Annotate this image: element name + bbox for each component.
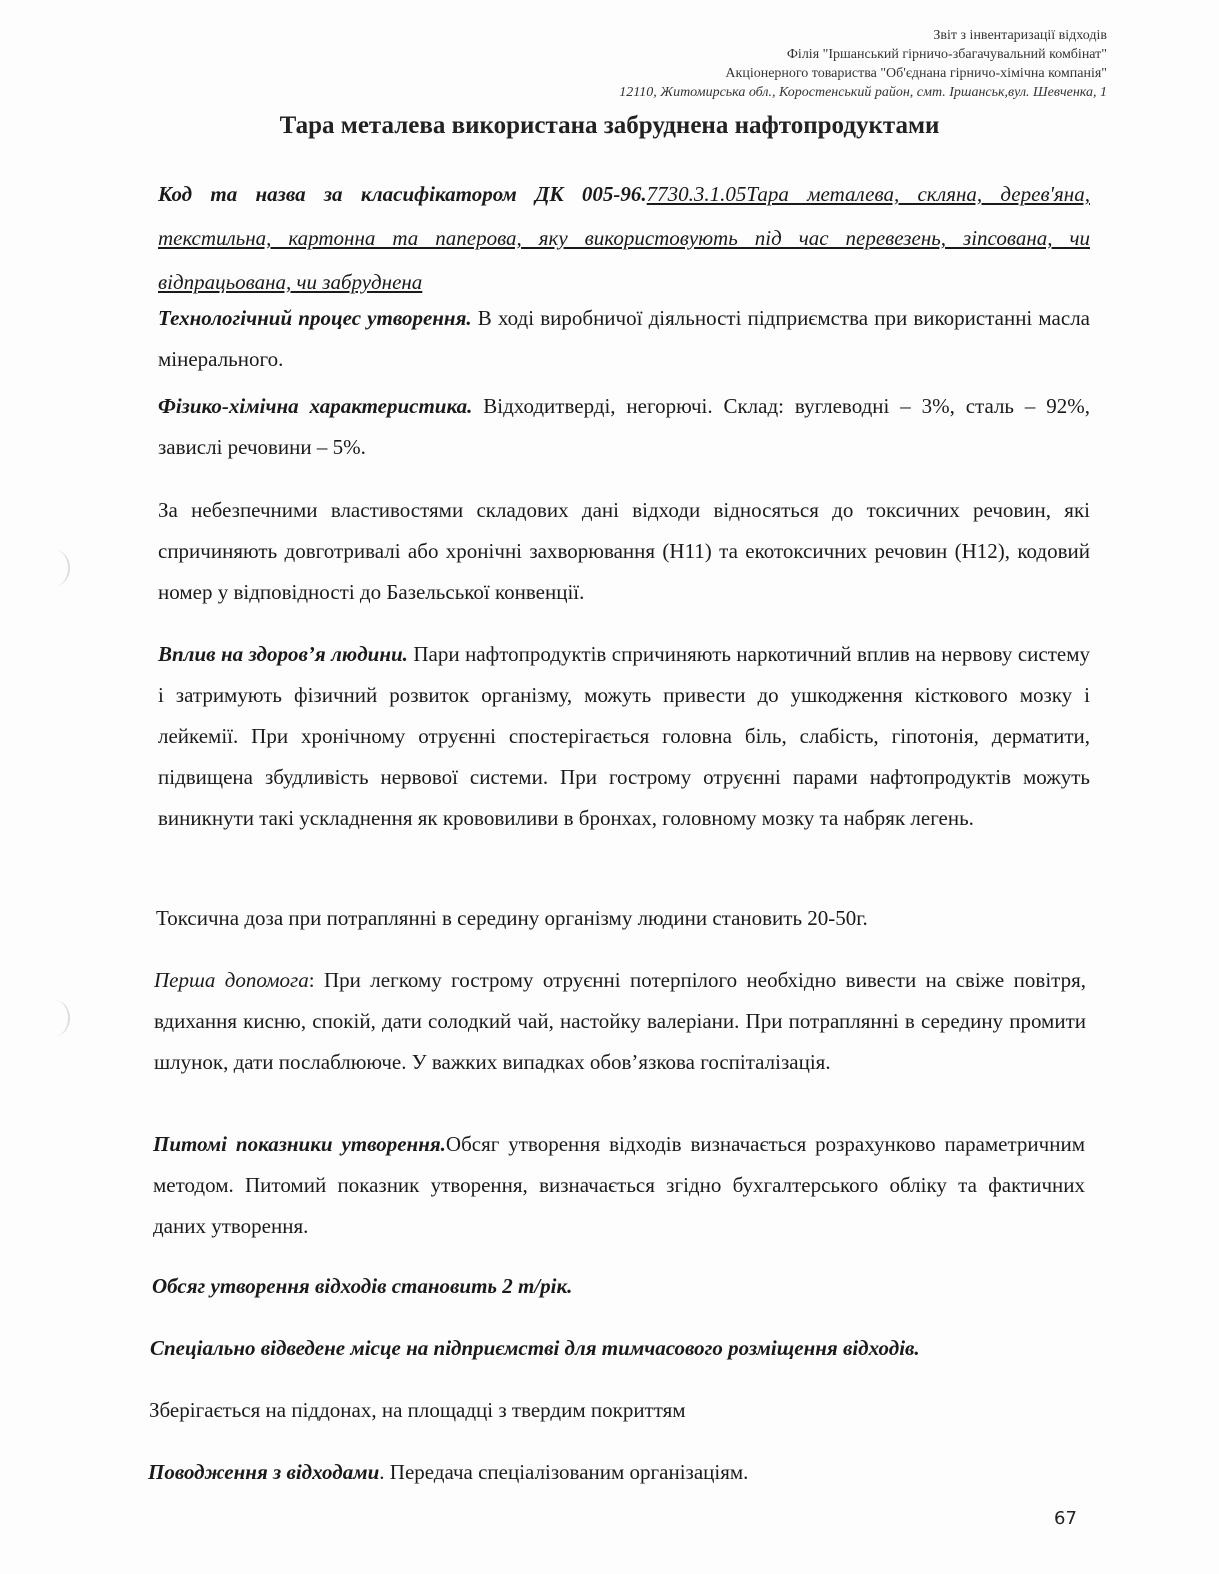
header-line-2: Філія "Іршанський гірничо-збагачувальний… [619, 45, 1107, 64]
handling-label: Поводження з відходами [148, 1460, 379, 1484]
handling-paragraph: Поводження з відходами. Передача спеціал… [148, 1452, 1080, 1493]
header-line-3: Акціонерного товариства "Об'єднана гірни… [619, 64, 1107, 83]
tech-process-label: Технологічний процес утворення. [158, 306, 472, 330]
document-page: Звіт з інвентаризації відходів Філія "Ір… [0, 0, 1219, 1574]
page-title: Тара металева використана забруднена наф… [0, 112, 1219, 140]
report-header: Звіт з інвентаризації відходів Філія "Ір… [619, 26, 1107, 102]
first-aid-paragraph: Перша допомога: При легкому гострому отр… [154, 960, 1086, 1083]
storage-text: Зберігається на піддонах, на площадці з … [149, 1398, 686, 1422]
header-line-1: Звіт з інвентаризації відходів [619, 26, 1107, 45]
physchem-paragraph: Фізико-хімічна характеристика. Відходитв… [158, 386, 1090, 468]
hazard-text: За небезпечними властивостями складових … [158, 498, 1090, 604]
health-label: Вплив на здоров’я людини. [158, 642, 408, 666]
storage-place-paragraph: Спеціально відведене місце на підприємст… [150, 1328, 1082, 1369]
volume-text: Обсяг утворення відходів становить 2 т/р… [152, 1274, 572, 1298]
toxic-dose-text: Токсична доза при потраплянні в середину… [156, 906, 868, 930]
punch-hole-mark [40, 550, 70, 586]
tech-process-paragraph: Технологічний процес утворення. В ході в… [158, 298, 1090, 380]
health-paragraph: Вплив на здоров’я людини. Пари нафтопрод… [158, 634, 1090, 839]
specific-paragraph: Питомі показники утворення.Обсяг утворен… [153, 1124, 1085, 1247]
classifier-paragraph: Код та назва за класифікатором ДК 005-96… [158, 172, 1090, 304]
toxic-dose-paragraph: Токсична доза при потраплянні в середину… [156, 898, 1088, 939]
specific-label: Питомі показники утворення. [153, 1132, 446, 1156]
volume-paragraph: Обсяг утворення відходів становить 2 т/р… [152, 1266, 1084, 1307]
punch-hole-mark [40, 1000, 70, 1036]
physchem-label: Фізико-хімічна характеристика. [158, 394, 472, 418]
classifier-label: Код та назва за класифікатором ДК 005-96… [158, 182, 647, 206]
first-aid-label: Перша допомога [154, 968, 309, 992]
storage-paragraph: Зберігається на піддонах, на площадці з … [149, 1390, 1081, 1431]
hazard-paragraph: За небезпечними властивостями складових … [158, 490, 1090, 613]
handling-text: . Передача спеціалізованим організаціям. [379, 1460, 748, 1484]
header-address: 12110, Житомирська обл., Коростенський р… [619, 83, 1107, 102]
storage-place-label: Спеціально відведене місце на підприємст… [150, 1336, 920, 1360]
page-number: 67 [1054, 1508, 1077, 1529]
health-text: Пари нафтопродуктів спричиняють наркотич… [158, 642, 1090, 830]
